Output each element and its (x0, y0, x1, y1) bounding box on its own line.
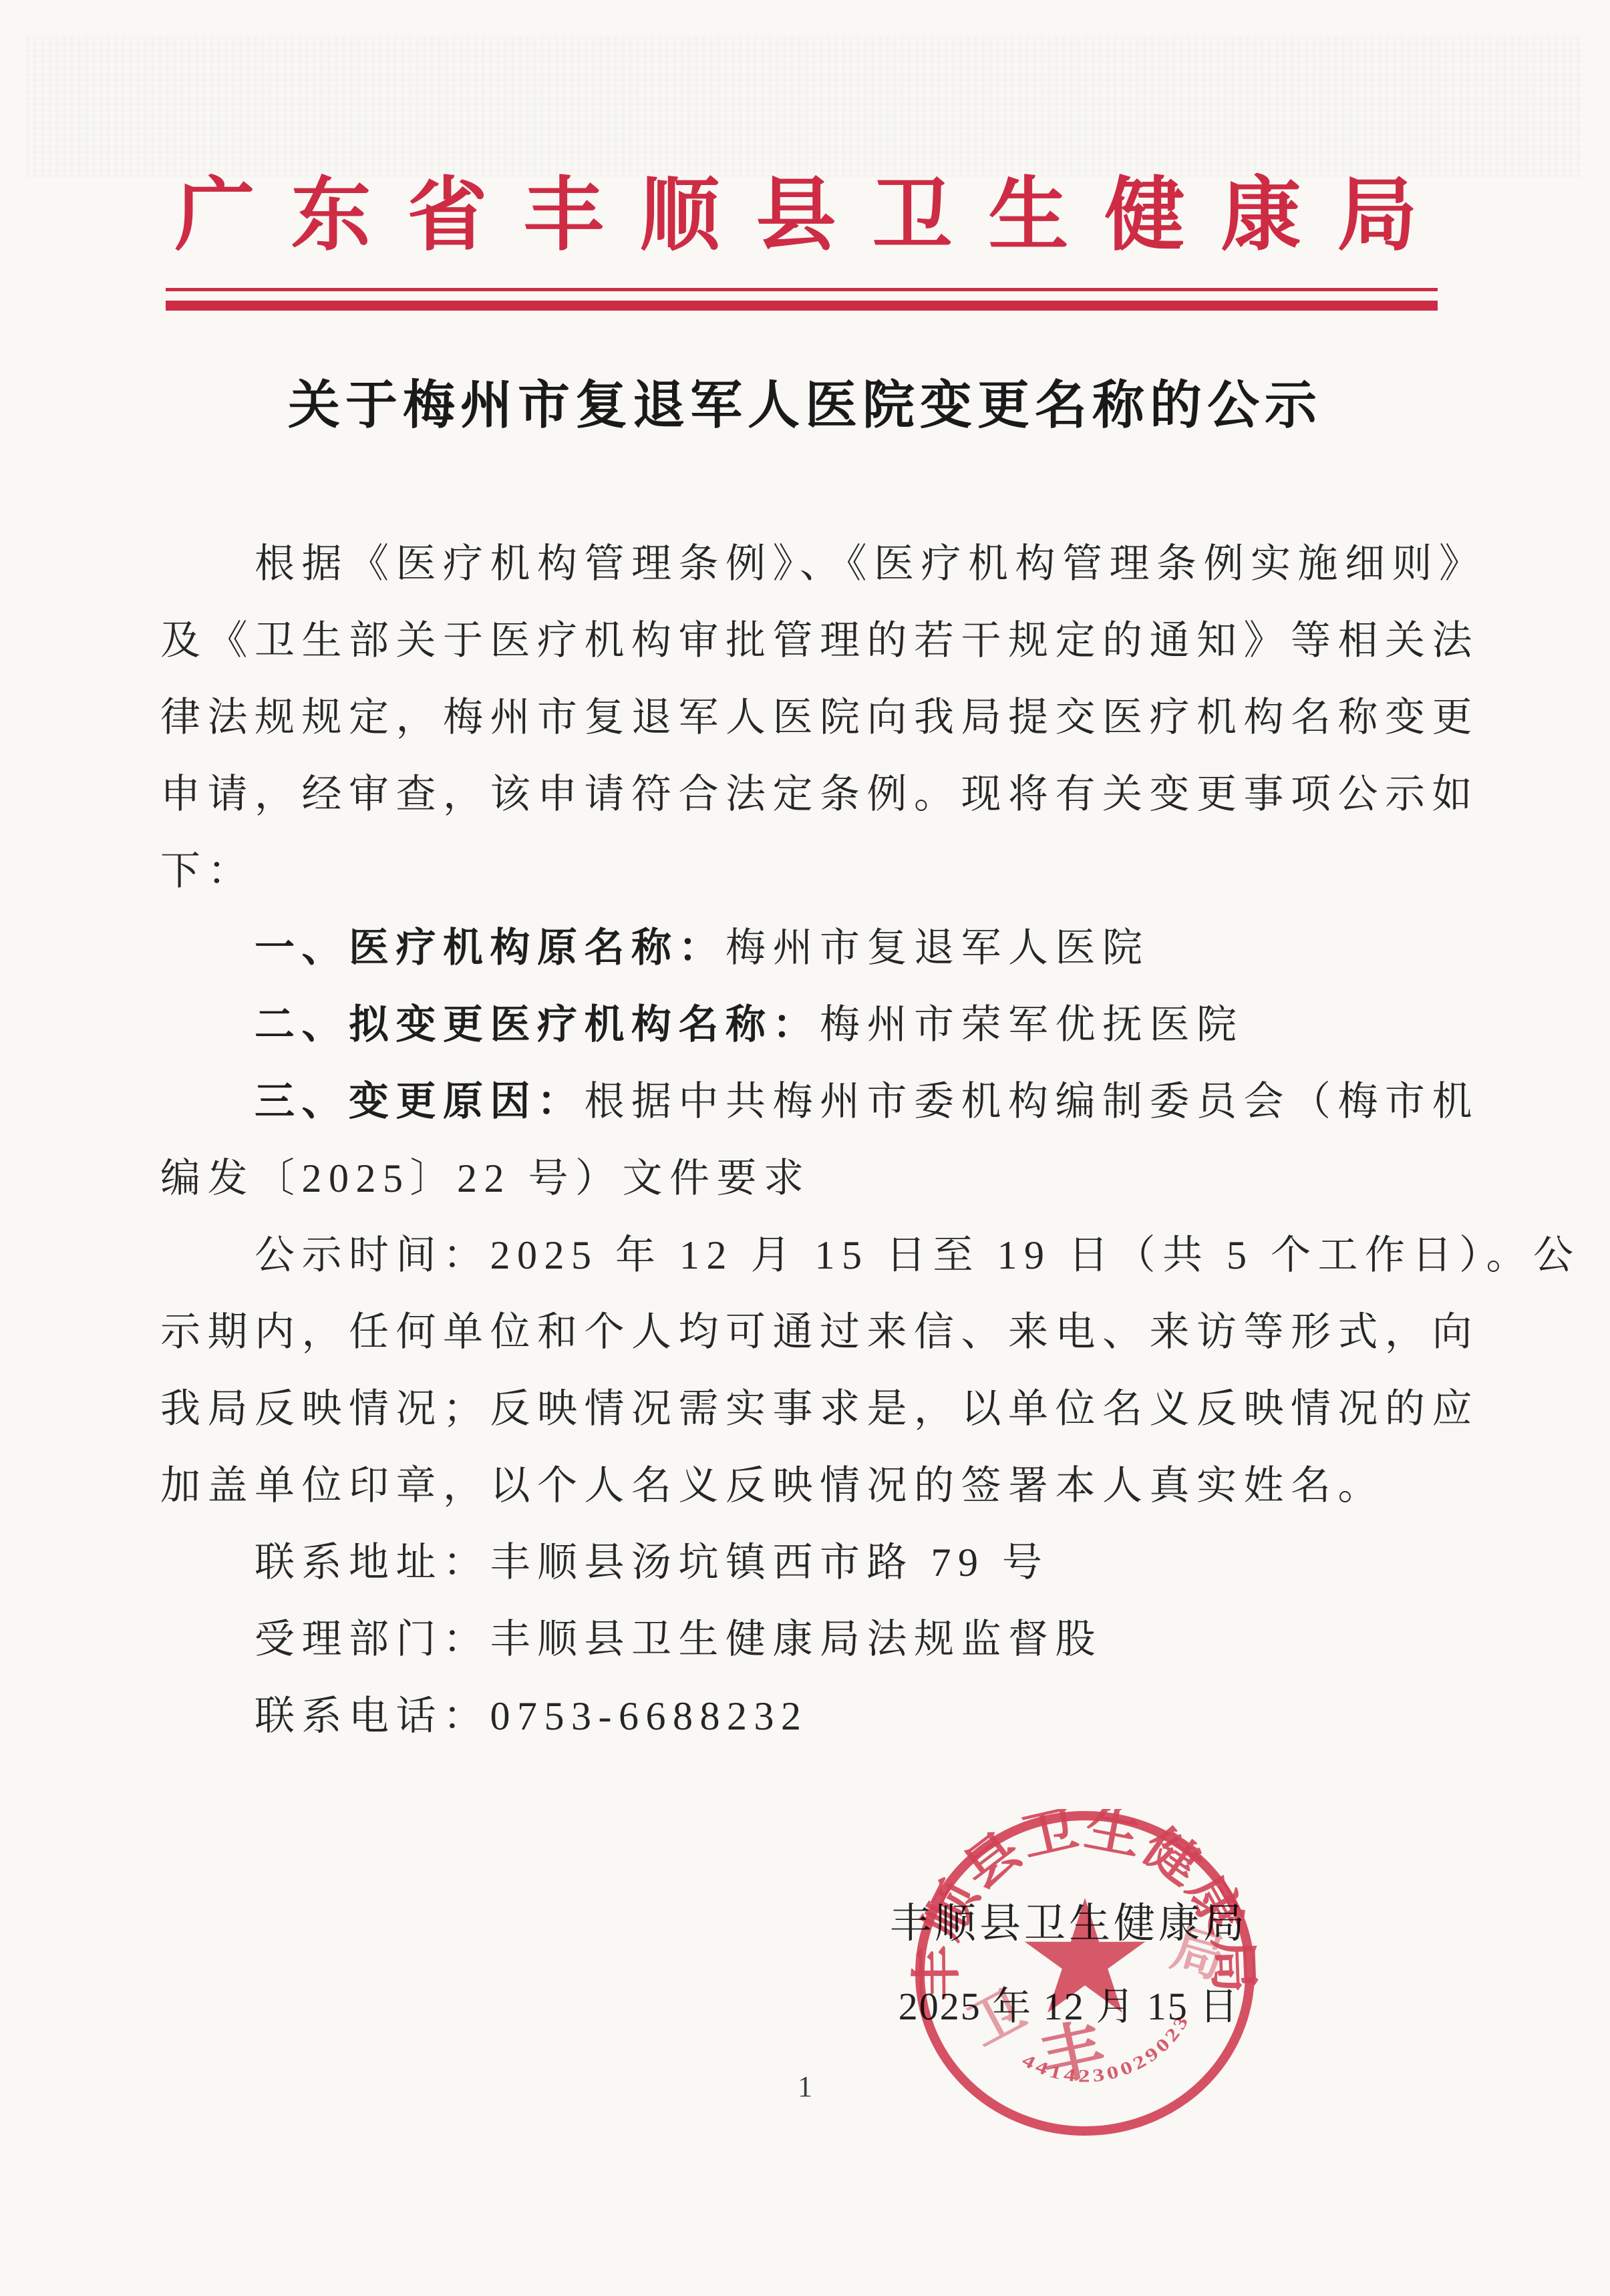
scan-noise-texture (27, 37, 1583, 177)
body-line: 我局反映情况；反映情况需实事求是，以单位名义反映情况的应 (160, 1371, 1436, 1448)
body-line: 下： (160, 833, 1436, 910)
body-line: 加盖单位印章，以个人名义反映情况的签署本人真实姓名。 (160, 1448, 1436, 1524)
body-line: 联系地址：丰顺县汤坑镇西市路 79 号 (160, 1524, 1436, 1601)
body-line-text: 根据《医疗机构管理条例》、《医疗机构管理条例实施细则》 (255, 542, 1486, 586)
signature-agency: 丰顺县卫生健康局 (875, 1897, 1263, 1951)
body-line: 二、拟变更医疗机构名称：梅州市荣军优抚医院 (160, 987, 1436, 1063)
body-line-text: 律法规规定，梅州市复退军人医院向我局提交医疗机构名称变更 (160, 695, 1479, 740)
body-line-text: 梅州市荣军优抚医院 (820, 1003, 1244, 1047)
signature-date: 2025 年 12 月 15 日 (875, 1981, 1263, 2032)
body-line: 一、医疗机构原名称：梅州市复退军人医院 (160, 910, 1436, 987)
letterhead-agency-name: 广东省丰顺县卫生健康局 (0, 168, 1610, 263)
body-line-label: 二、拟变更医疗机构名称： (255, 1003, 820, 1047)
body-line-text: 根据中共梅州市委机构编制委员会（梅市机 (585, 1080, 1480, 1124)
signature-block: 丰顺县卫生健康局 2025 年 12 月 15 日 (875, 1897, 1263, 2032)
body-line: 编发〔2025〕22 号）文件要求 (160, 1140, 1436, 1217)
page-number: 1 (0, 2070, 1610, 2104)
body-line-text: 加盖单位印章，以个人名义反映情况的签署本人真实姓名。 (160, 1464, 1385, 1508)
letterhead-rule-thin (166, 288, 1438, 291)
body-line-label: 三、变更原因： (255, 1080, 585, 1124)
body-line-text: 下： (160, 849, 255, 893)
body-line-text: 受理部门：丰顺县卫生健康局法规监督股 (255, 1617, 1102, 1661)
body-line: 示期内，任何单位和个人均可通过来信、来电、来访等形式，向 (160, 1294, 1436, 1371)
body-line-text: 公示时间：2025 年 12 月 15 日至 19 日（共 5 个工作日）。公 (255, 1233, 1581, 1277)
body-line: 受理部门：丰顺县卫生健康局法规监督股 (160, 1601, 1436, 1678)
body-line: 申请，经审查，该申请符合法定条例。现将有关变更事项公示如 (160, 756, 1436, 833)
page-title: 关于梅州市复退军人医院变更名称的公示 (0, 369, 1610, 442)
body-line: 律法规规定，梅州市复退军人医院向我局提交医疗机构名称变更 (160, 679, 1436, 756)
body-line-text: 梅州市复退军人医院 (726, 926, 1150, 970)
body-line: 三、变更原因：根据中共梅州市委机构编制委员会（梅市机 (160, 1063, 1436, 1140)
document-page: 广东省丰顺县卫生健康局 关于梅州市复退军人医院变更名称的公示 根据《医疗机构管理… (0, 0, 1610, 2296)
body-line: 根据《医疗机构管理条例》、《医疗机构管理条例实施细则》 (160, 526, 1436, 603)
document-body: 根据《医疗机构管理条例》、《医疗机构管理条例实施细则》 及《卫生部关于医疗机构审… (160, 526, 1436, 1755)
body-line-text: 编发〔2025〕22 号）文件要求 (160, 1156, 811, 1200)
body-line-text: 示期内，任何单位和个人均可通过来信、来电、来访等形式，向 (160, 1310, 1479, 1354)
letterhead-rule-thick (166, 301, 1438, 311)
body-line-text: 我局反映情况；反映情况需实事求是，以单位名义反映情况的应 (160, 1387, 1479, 1431)
body-line: 及《卫生部关于医疗机构审批管理的若干规定的通知》等相关法 (160, 603, 1436, 679)
body-line: 联系电话：0753-6688232 (160, 1678, 1436, 1755)
body-line-text: 联系地址：丰顺县汤坑镇西市路 79 号 (255, 1540, 1050, 1585)
body-line: 公示时间：2025 年 12 月 15 日至 19 日（共 5 个工作日）。公 (160, 1217, 1436, 1294)
body-line-text: 申请，经审查，该申请符合法定条例。现将有关变更事项公示如 (160, 772, 1479, 816)
body-line-text: 及《卫生部关于医疗机构审批管理的若干规定的通知》等相关法 (160, 619, 1479, 663)
body-line-text: 联系电话：0753-6688232 (255, 1694, 808, 1738)
body-line-label: 一、医疗机构原名称： (255, 926, 726, 970)
